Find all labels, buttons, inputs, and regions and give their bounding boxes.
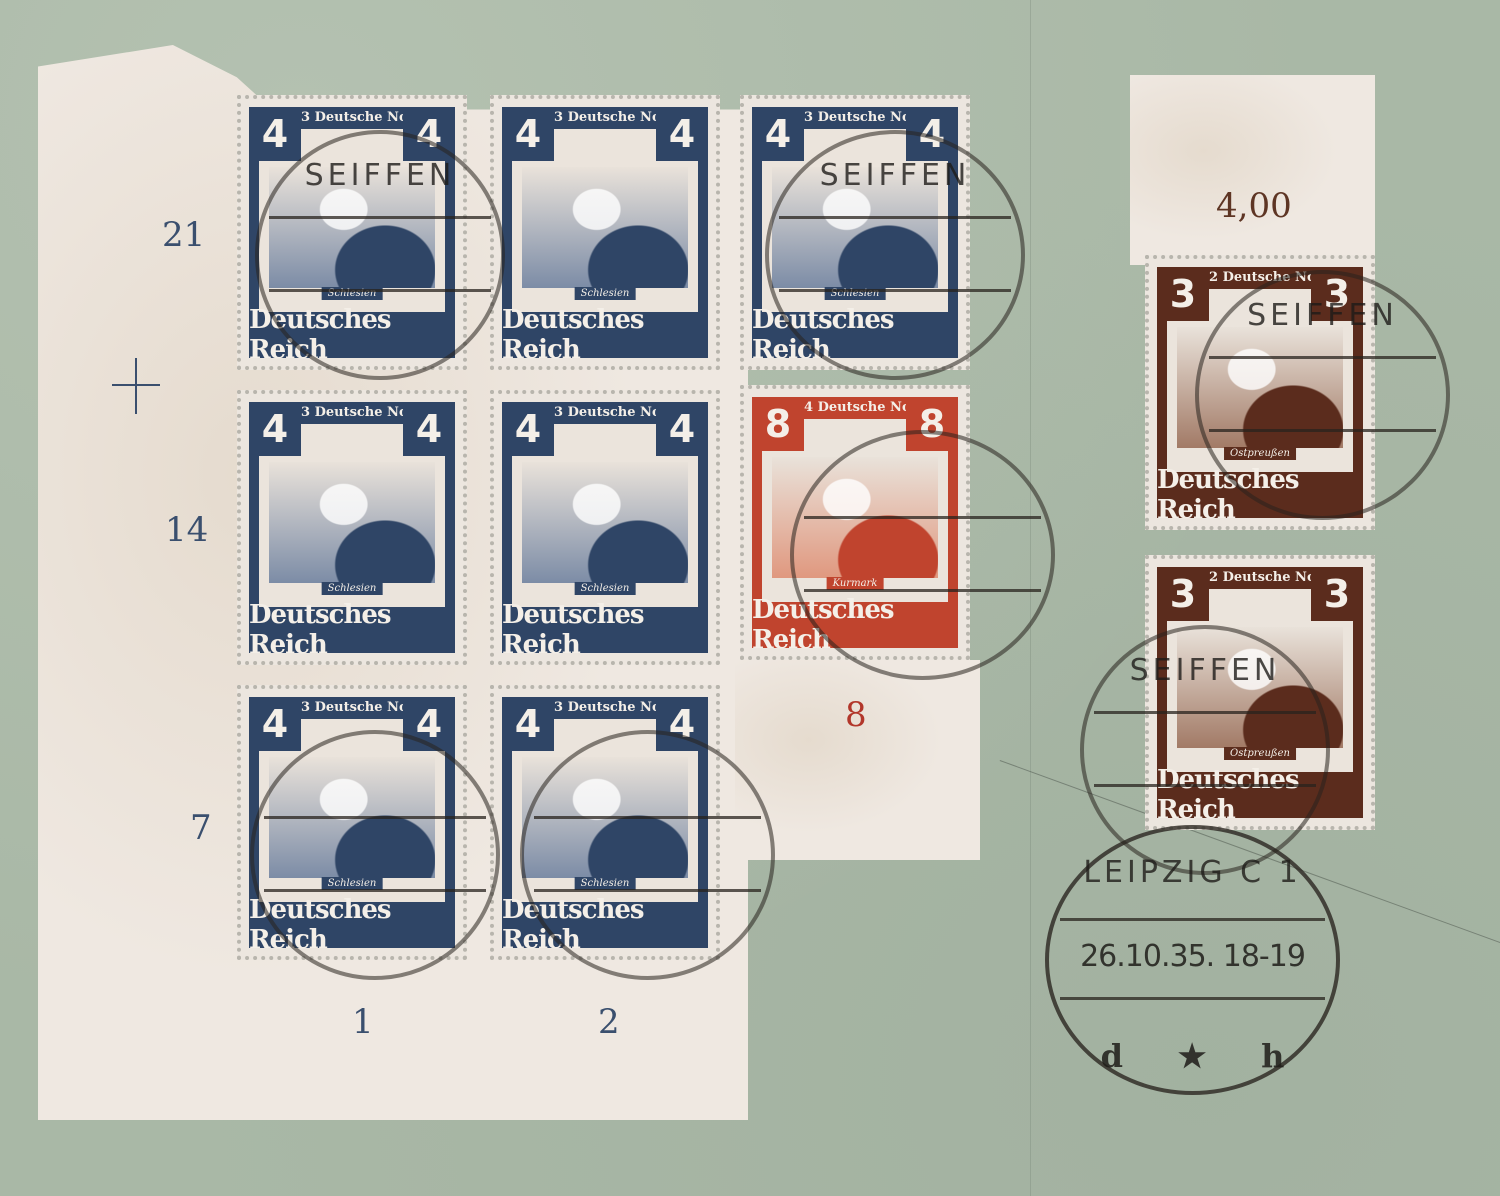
stamp-frame: 4 3 Deutsche Nothilfe 3 4 Schlesien Deut… — [502, 402, 708, 653]
stamp-4pf: 4 3 Deutsche Nothilfe 3 4 Schlesien Deut… — [490, 95, 720, 370]
country-label: Deutsches Reich — [502, 607, 708, 653]
stamp-issue-label: 3 Deutsche Nothilfe 3 — [554, 697, 656, 719]
margin-number-14: 14 — [165, 510, 208, 550]
region-label: Schlesien — [575, 287, 636, 300]
postmark-leipzig: LEIPZIG C 1 26.10.35. 18-19 d ★ h — [1045, 825, 1340, 1095]
value-numeral: 4 — [752, 107, 804, 161]
costume-portrait-image — [522, 167, 688, 288]
value-numeral: 3 — [1311, 567, 1363, 621]
postmark-seiffen — [790, 430, 1055, 680]
value-numeral: 4 — [249, 402, 301, 456]
costume-portrait-image — [269, 462, 435, 583]
stamp-issue-label: 3 Deutsche Nothilfe 3 — [301, 697, 403, 719]
postmark-seiffen: SEIFFEN — [1195, 270, 1450, 520]
postmark-seiffen: SEIFFEN — [255, 130, 505, 380]
margin-number-7: 7 — [190, 808, 212, 848]
stamp-issue-label: 3 Deutsche Nothilfe 3 — [554, 107, 656, 129]
stamp-issue-label: 3 Deutsche Nothilfe 3 — [554, 402, 656, 424]
country-label: Deutsches Reich — [502, 312, 708, 358]
region-label: Schlesien — [575, 582, 636, 595]
value-numeral: 4 — [249, 697, 301, 751]
stamp-issue-label: 3 Deutsche Nothilfe 3 — [301, 107, 403, 129]
stamp-issue-label: 3 Deutsche Nothilfe 2 — [804, 107, 906, 129]
value-numeral: 4 — [249, 107, 301, 161]
value-numeral: 4 — [656, 107, 708, 161]
stamp-issue-label: 2 Deutsche Nothilfe 2 — [1209, 567, 1311, 589]
postmark-seiffen — [250, 730, 500, 980]
margin-number-21: 21 — [162, 215, 205, 255]
margin-number-2: 2 — [598, 1002, 620, 1042]
costume-portrait-image — [522, 462, 688, 583]
region-label: Schlesien — [322, 582, 383, 595]
register-cross-icon — [112, 358, 160, 414]
value-numeral: 4 — [502, 107, 554, 161]
stamp-issue-label: 3 Deutsche Nothilfe 3 — [301, 402, 403, 424]
postmark-seiffen — [520, 730, 775, 980]
value-numeral: 4 — [403, 402, 455, 456]
stamp-frame: 4 3 Deutsche Nothilfe 3 4 Schlesien Deut… — [502, 107, 708, 358]
margin-value-text: 4,00 — [1216, 186, 1292, 226]
value-numeral: 4 — [502, 402, 554, 456]
stamp-4pf: 4 3 Deutsche Nothilfe 3 4 Schlesien Deut… — [237, 390, 467, 665]
value-numeral: 8 — [752, 397, 804, 451]
sheet-selvage-top-strip — [1130, 75, 1375, 265]
stamp-frame: 4 3 Deutsche Nothilfe 3 4 Schlesien Deut… — [249, 402, 455, 653]
margin-number-1: 1 — [352, 1002, 374, 1042]
value-numeral: 4 — [656, 402, 708, 456]
stamp-4pf: 4 3 Deutsche Nothilfe 3 4 Schlesien Deut… — [490, 390, 720, 665]
envelope-back: 21 14 7 1 2 8 4,00 4 3 Deutsche Nothilfe… — [0, 0, 1500, 1196]
value-numeral: 4 — [502, 697, 554, 751]
country-label: Deutsches Reich — [249, 607, 455, 653]
value-numeral: 3 — [1157, 567, 1209, 621]
stamp-issue-label: 4 Deutsche Nothilfe 4 — [804, 397, 906, 419]
postmark-seiffen: SEIFFEN — [765, 130, 1025, 380]
margin-number-8: 8 — [845, 695, 867, 735]
